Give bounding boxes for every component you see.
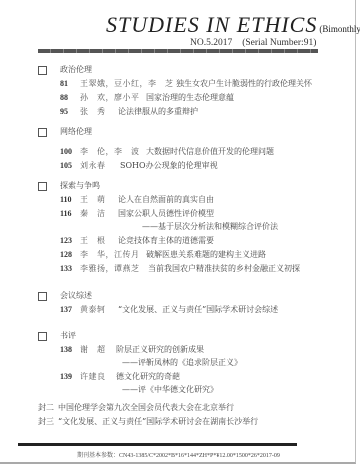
journal-parameters: 期刊基本参数：CN43-1385/C*2002*B*16*144*ZH*P*¥1… [77,450,280,459]
footer-divider [18,443,297,446]
checkbox-icon [38,66,47,75]
authors: 张 秀 [80,106,106,118]
toc-entry-subtitle: ——评靳凤林的《追求阶层正义》 [0,357,355,369]
page-number: 128 [60,249,72,261]
toc-entry[interactable]: 81 王翠娥，豆小红，李 芝 独生女农户生计脆弱性的行政伦理关怀 [0,78,355,90]
page-number: 138 [60,344,72,356]
cover-text: 中国伦理学会第九次全国会员代表大会在北京举行 [58,402,234,414]
section-title: 书评 [60,330,76,342]
page-number: 110 [60,194,72,206]
authors: 刘永春 [80,160,106,172]
header-divider [38,49,318,53]
article-title: “文化发展、正义与责任”国际学术研讨会综述 [118,304,278,316]
authors: 孙 欢，廖小平 [80,92,140,104]
page-number: 116 [60,208,72,220]
authors: 王翠娥，豆小红，李 芝 [80,78,174,90]
article-subtitle: ——基于层次分析法和模糊综合评价法 [142,221,278,233]
page-number: 133 [60,263,72,275]
section-title: 探索与争鸣 [60,180,100,192]
article-title: 当前我国农户精准扶贫的乡村金融正义初探 [148,263,300,275]
journal-title: STUDIES IN ETHICS(Bimonthly) [106,12,360,38]
article-title: 国家治理的生态伦理意蕴 [146,92,234,104]
toc-entry[interactable]: 95 张 秀 论法律服从的多重辩护 [0,106,355,118]
article-title: 独生女农户生计脆弱性的行政伦理关怀 [176,78,312,90]
article-title: 德文化研究的奇葩 [116,371,180,383]
page-number: 105 [60,160,72,172]
checkbox-icon [38,292,47,301]
toc-entry[interactable]: 88 孙 欢，廖小平 国家治理的生态伦理意蕴 [0,92,355,104]
serial-number: (Serial Number:91) [242,38,316,48]
authors: 李 伦，李 波 [80,146,140,158]
toc-entry[interactable]: 128 李 华，江传月 破解医患关系难题的建构主义进路 [0,249,355,261]
toc-entry[interactable]: 139 许建良 德文化研究的奇葩 [0,371,355,383]
article-title: 大数据时代信息价值开发的伦理问题 [146,146,274,158]
toc-entry[interactable]: 110 王 萌 论人在自然面前的真实自由 [0,194,355,206]
toc-page: STUDIES IN ETHICS(Bimonthly) NO.5.2017(S… [0,0,356,464]
section-title: 网络伦理 [60,126,92,138]
article-subtitle: ——评靳凤林的《追求阶层正义》 [122,357,242,369]
section-title: 政治伦理 [60,64,92,76]
toc-entry[interactable]: 100 李 伦，李 波 大数据时代信息价值开发的伦理问题 [0,146,355,158]
page-number: 139 [60,371,72,383]
article-title: 论人在自然面前的真实自由 [118,194,214,206]
toc-entry-subtitle: ——评《中华德文化研究》 [0,384,355,396]
authors: 李 华，江传月 [80,249,140,261]
issue-line: NO.5.2017(Serial Number:91) [190,38,316,48]
article-title: 论竞技体育主体的道德需要 [118,235,214,247]
toc-entry[interactable]: 123 王 根 论竞技体育主体的道德需要 [0,235,355,247]
page-number: 81 [60,78,68,90]
toc-entry[interactable]: 133 李雅扬，谭燕芝 当前我国农户精准扶贫的乡村金融正义初探 [0,263,355,275]
checkbox-icon [38,128,47,137]
toc-entry[interactable]: 116 秦 洁 国家公职人员德性评价模型 [0,208,355,220]
article-subtitle: ——评《中华德文化研究》 [122,384,218,396]
page-number: 100 [60,146,72,158]
article-title: 阶层正义研究的创新成果 [116,344,204,356]
issue-number: NO.5.2017 [190,38,232,48]
journal-name: STUDIES IN ETHICS [106,12,317,37]
journal-frequency: (Bimonthly) [319,24,360,34]
page-number: 95 [60,106,68,118]
page-number: 137 [60,304,72,316]
article-title: 国家公职人员德性评价模型 [118,208,214,220]
toc-entry-subtitle: ——基于层次分析法和模糊综合评价法 [0,221,355,233]
section-title: 会议综述 [60,290,92,302]
toc-entry[interactable]: 137 黄泰轲 “文化发展、正义与责任”国际学术研讨会综述 [0,304,355,316]
checkbox-icon [38,182,47,191]
toc-entry[interactable]: 105 刘永春 SOHO办公现象的伦理审视 [0,160,355,172]
article-title: 论法律服从的多重辩护 [118,106,198,118]
authors: 李雅扬，谭燕芝 [80,263,140,275]
authors: 王 萌 [80,194,106,206]
authors: 王 根 [80,235,106,247]
authors: 许建良 [80,371,106,383]
page-number: 88 [60,92,68,104]
page-number: 123 [60,235,72,247]
article-title: SOHO办公现象的伦理审视 [120,160,218,172]
cover-label: 封三 [38,416,54,428]
authors: 秦 洁 [80,208,106,220]
cover-label: 封二 [38,402,54,414]
article-title: 破解医患关系难题的建构主义进路 [146,249,266,261]
authors: 谢 超 [80,344,106,356]
authors: 黄泰轲 [80,304,106,316]
toc-entry[interactable]: 138 谢 超 阶层正义研究的创新成果 [0,344,355,356]
cover-text: “文化发展、正义与责任”国际学术研讨会在湖南长沙举行 [58,416,258,428]
checkbox-icon [38,332,47,341]
